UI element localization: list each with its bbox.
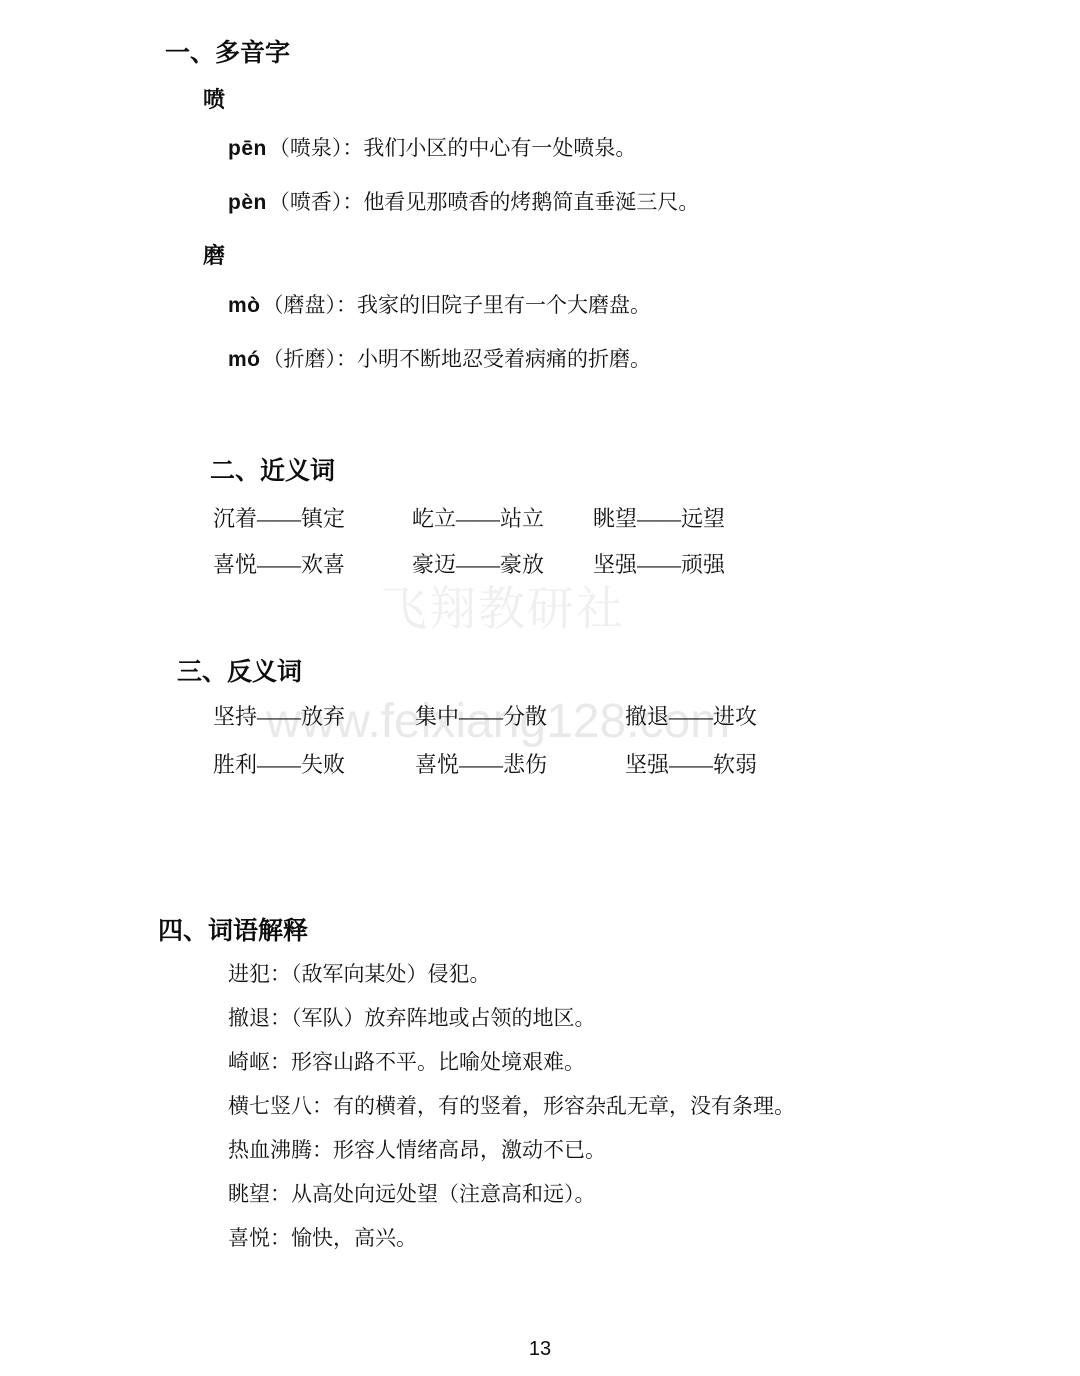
reading-line-mo1: mò（磨盘）：我家的旧院子里有一个大磨盘。 [228,289,651,319]
synonym-pair: 喜悦——欢喜 [213,548,345,579]
definition-line: 横七竖八：有的横着，有的竖着，形容杂乱无章，没有条理。 [228,1084,795,1128]
section-1-heading: 一、多音字 [165,33,290,69]
section-2-heading: 二、近义词 [210,451,335,487]
synonym-pair: 豪迈——豪放 [412,548,544,579]
pinyin-mo2: mó [228,348,261,371]
definition-line: 热血沸腾：形容人情绪高昂，激动不已。 [228,1128,795,1172]
definition-line: 眺望：从高处向远处望（注意高和远）。 [228,1172,795,1216]
sentence-mo2: （折磨）：小明不断地忍受着病痛的折磨。 [263,347,652,371]
definition-line: 进犯：（敌军向某处）侵犯。 [228,952,795,996]
synonym-row-2: 喜悦——欢喜 豪迈——豪放 坚强——顽强 [213,548,853,580]
definition-line: 撤退：（军队）放弃阵地或占领的地区。 [228,996,795,1040]
sentence-mo1: （磨盘）：我家的旧院子里有一个大磨盘。 [263,293,652,317]
antonym-pair: 坚持——放弃 [213,700,345,731]
synonym-pair: 沉着——镇定 [213,502,345,533]
watermark-brand-text: 飞翔教研社 [380,572,625,639]
section-3-heading: 三、反义词 [177,652,302,688]
document-page: 飞翔教研社 www.feixiang128.com 一、多音字 喷 pēn（喷泉… [0,0,1080,1376]
section-4-heading: 四、词语解释 [158,911,308,947]
definition-line: 崎岖：形容山路不平。比喻处境艰难。 [228,1040,795,1084]
pinyin-mo1: mò [228,294,261,317]
antonym-pair: 撤退——进攻 [625,700,757,731]
sentence-pen2: （喷香）：他看见那喷香的烤鹅简直垂涎三尺。 [269,190,700,214]
polyphone-char-mo: 磨 [203,239,225,270]
antonym-pair: 坚强——软弱 [625,748,757,779]
synonym-pair: 眺望——远望 [593,502,725,533]
definition-line: 喜悦：愉快，高兴。 [228,1216,795,1260]
antonym-row-2: 胜利——失败 喜悦——悲伤 坚强——软弱 [213,748,853,780]
reading-line-mo2: mó（折磨）：小明不断地忍受着病痛的折磨。 [228,343,651,373]
polyphone-char-pen: 喷 [203,83,225,114]
antonym-pair: 集中——分散 [415,700,547,731]
antonym-row-1: 坚持——放弃 集中——分散 撤退——进攻 [213,700,853,732]
synonym-pair: 坚强——顽强 [593,548,725,579]
pinyin-pen2: pèn [228,191,267,214]
reading-line-pen2: pèn（喷香）：他看见那喷香的烤鹅简直垂涎三尺。 [228,186,699,216]
pinyin-pen1: pēn [228,137,267,160]
synonym-row-1: 沉着——镇定 屹立——站立 眺望——远望 [213,502,853,534]
antonym-pair: 胜利——失败 [213,748,345,779]
antonym-pair: 喜悦——悲伤 [415,748,547,779]
page-number: 13 [0,1338,1080,1361]
reading-line-pen1: pēn（喷泉）：我们小区的中心有一处喷泉。 [228,132,636,162]
definitions-list: 进犯：（敌军向某处）侵犯。 撤退：（军队）放弃阵地或占领的地区。 崎岖：形容山路… [228,952,795,1260]
synonym-pair: 屹立——站立 [412,502,544,533]
sentence-pen1: （喷泉）：我们小区的中心有一处喷泉。 [269,136,637,160]
